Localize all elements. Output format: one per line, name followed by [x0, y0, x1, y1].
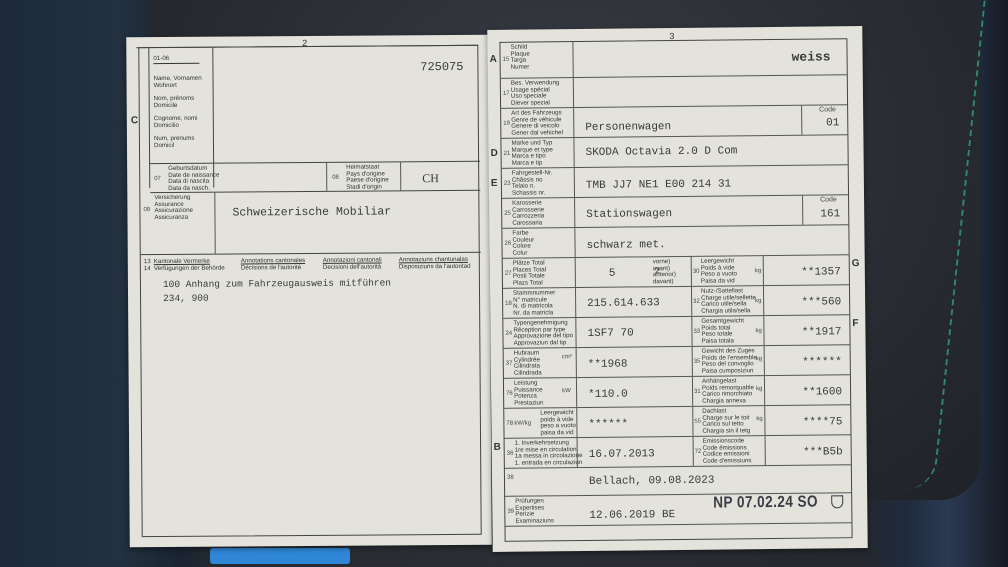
annotation-header-rm: Annotaziuns chantunalas Disposiziuns da …: [399, 256, 471, 271]
origin-value: CH: [422, 171, 439, 186]
row-seats-empty-weight: 27 Plätze TotalPlaces TotalPosti TotaleP…: [503, 255, 849, 289]
row-type-approval-total-weight: 24 TypengenehmigungRéception par typeApp…: [503, 315, 849, 349]
row-kw-per-kg-roof-load: 78 kW/kg Leergewichtpoids à videpeso a v…: [504, 405, 850, 439]
field-plate: 15 SchildPlaqueTargaNumer weiss: [500, 39, 846, 79]
row-first-registration-emission: 36 1. Inverkehrsetzung1re mise en circul…: [505, 435, 851, 469]
insurance-labels: Versicherung Assurance Assicurazione Ass…: [154, 195, 193, 222]
section-letter: C: [131, 115, 138, 126]
row-inspections: 39 PrüfungenExpertisesPerizieExaminaziun…: [505, 493, 851, 527]
field-special-use: 17 Bes. VerwendungUsage spécialUso speci…: [501, 75, 847, 109]
row-issue-place-date: 38 Bellach, 09.08.2023: [505, 465, 851, 497]
row-power-trailer-load: 76 LeistungPuissancePotenzaPrestaziun kW…: [504, 375, 850, 409]
blue-card-edge: [210, 548, 350, 564]
form-code: 01-06: [153, 56, 199, 64]
birthdate-origin-row: 07 Geburtsdatum Date de naissance Data d…: [150, 161, 480, 193]
birthdate-labels: Geburtsdatum Date de naissance Data di n…: [168, 166, 219, 193]
registration-page-3: 3 A D E B G F 15 SchildPlaqueTargaNumer …: [487, 26, 867, 552]
annotation-header-it: Annotazioni cantonali Decisioni dell'aut…: [323, 256, 382, 270]
page-3-frame: 15 SchildPlaqueTargaNumer weiss 17 Bes. …: [499, 38, 852, 542]
field-vehicle-type: 19 Art des FahrzeugsGenre de véhiculeGen…: [501, 105, 847, 139]
field-body: 25 KarosserieCarrosserieCarrozzeriaCaros…: [502, 195, 848, 229]
serial-number: 725075: [420, 60, 463, 74]
registration-page-2: 2 C 01-06 Name, Vornamen Wohnort Nom, pr…: [126, 35, 492, 548]
issue-place-date-value: Bellach, 09.08.2023: [589, 475, 715, 488]
insurance-value: Schweizerische Mobiliar: [232, 205, 391, 219]
first-registration-value: 16.07.2013: [589, 448, 655, 461]
field-make-model: 21 Marke und TypMarque et typeMarca e ti…: [501, 135, 847, 169]
origin-labels: Heimatstaat Pays d'origine Paese d'origi…: [346, 164, 389, 191]
inspection-date: 12.06.2019 BE: [589, 509, 675, 522]
row-displacement-train-weight: 37 HubraumCylindréeCilindrataCilindrada …: [504, 345, 850, 379]
annotation-header-de: Kantonale Vermerke Verfügungen der Behör…: [154, 258, 225, 272]
page-2-frame: 01-06 Name, Vornamen Wohnort Nom, prénom…: [138, 45, 481, 537]
annotation-header-fr: Annotations cantonales Décisions de l'au…: [241, 257, 305, 271]
inspection-stamp: NP 07.02.24 SO: [713, 494, 818, 513]
row-matriculation-payload: 18 StammnummerN° matriculeN. di matricol…: [503, 285, 849, 319]
annotation-lines: 100 Anhang zum Fahrzeugausweis mitführen…: [163, 276, 391, 306]
plate-value: weiss: [791, 49, 830, 64]
field-chassis: 23 Fahrgestell-Nr.Châssis noTelaio n.Sch…: [502, 165, 848, 199]
field-color: 26 FarbeCouleurColoreColur schwarz met.: [502, 225, 848, 259]
canton-shield-icon: [831, 495, 843, 508]
insurance-row: 09 Versicherung Assurance Assicurazione …: [140, 191, 480, 255]
